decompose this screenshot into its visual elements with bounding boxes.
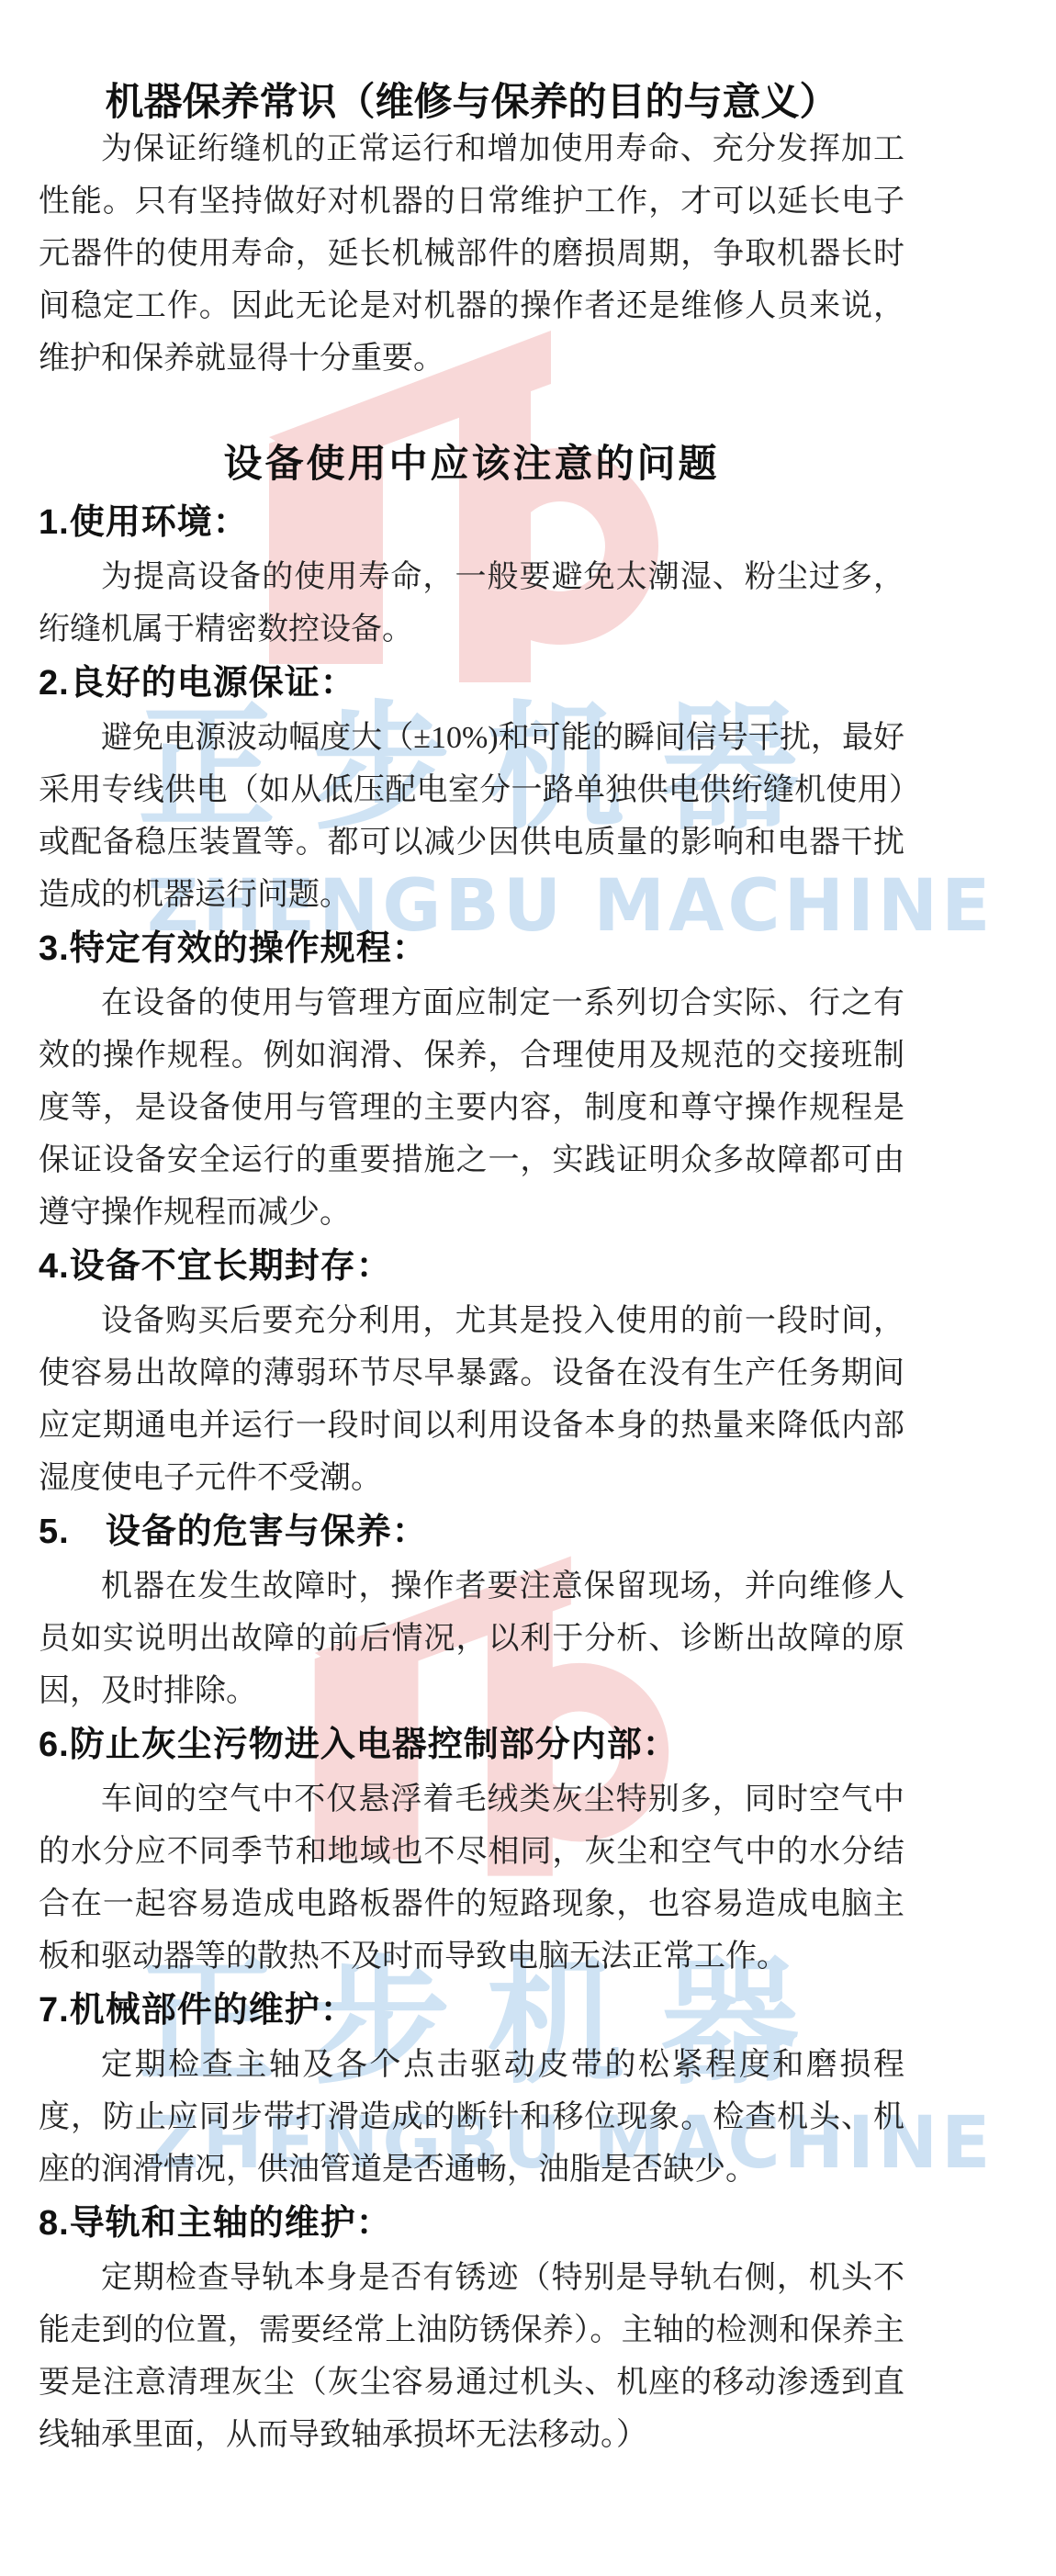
- section-heading-2: 2.良好的电源保证：: [39, 658, 904, 710]
- section-heading-4: 4.设备不宜长期封存：: [39, 1241, 904, 1293]
- section-heading-3: 3.特定有效的操作规程：: [39, 923, 904, 975]
- section-heading-7: 7.机械部件的维护：: [39, 1985, 904, 2037]
- section-body-3: 在设备的使用与管理方面应制定一系列切合实际、行之有效的操作规程。例如润滑、保养，…: [39, 977, 904, 1239]
- document-page: 正步机器 ZHENGBU MACHINE 正步机器 ZHENGBU MACHIN…: [0, 0, 1056, 2576]
- section-body-5: 机器在发生故障时，操作者要注意保留现场，并向维修人员如实说明出故障的前后情况，以…: [39, 1560, 904, 1717]
- section-body-1: 为提高设备的使用寿命，一般要避免太潮湿、粉尘过多，绗缝机属于精密数控设备。: [39, 551, 904, 656]
- section-body-6: 车间的空气中不仅悬浮着毛绒类灰尘特别多，同时空气中的水分应不同季节和地域也不尽相…: [39, 1773, 904, 1983]
- section-heading-6: 6.防止灰尘污物进入电器控制部分内部：: [39, 1719, 904, 1772]
- document-content: 机器保养常识（维修与保养的目的与意义） 为保证绗缝机的正常运行和增加使用寿命、充…: [39, 81, 904, 2461]
- section-heading-8: 8.导轨和主轴的维护：: [39, 2198, 904, 2250]
- section-group-heading: 设备使用中应该注意的问题: [39, 440, 904, 488]
- section-body-7: 定期检查主轴及各个点击驱动皮带的松紧程度和磨损程度，防止应同步带打滑造成的断针和…: [39, 2039, 904, 2196]
- section-heading-5: 5. 设备的危害与保养：: [39, 1506, 904, 1558]
- section-heading-1: 1.使用环境：: [39, 497, 904, 549]
- section-body-2: 避免电源波动幅度大（±10%)和可能的瞬间信号干扰，最好采用专线供电（如从低压配…: [39, 712, 904, 921]
- section-body-4: 设备购买后要充分利用，尤其是投入使用的前一段时间，使容易出故障的薄弱环节尽早暴露…: [39, 1295, 904, 1504]
- intro-paragraph: 为保证绗缝机的正常运行和增加使用寿命、充分发挥加工性能。只有坚持做好对机器的日常…: [39, 123, 904, 385]
- page-title: 机器保养常识（维修与保养的目的与意义）: [39, 81, 904, 123]
- section-body-8: 定期检查导轨本身是否有锈迹（特别是导轨右侧，机头不能走到的位置，需要经常上油防锈…: [39, 2252, 904, 2461]
